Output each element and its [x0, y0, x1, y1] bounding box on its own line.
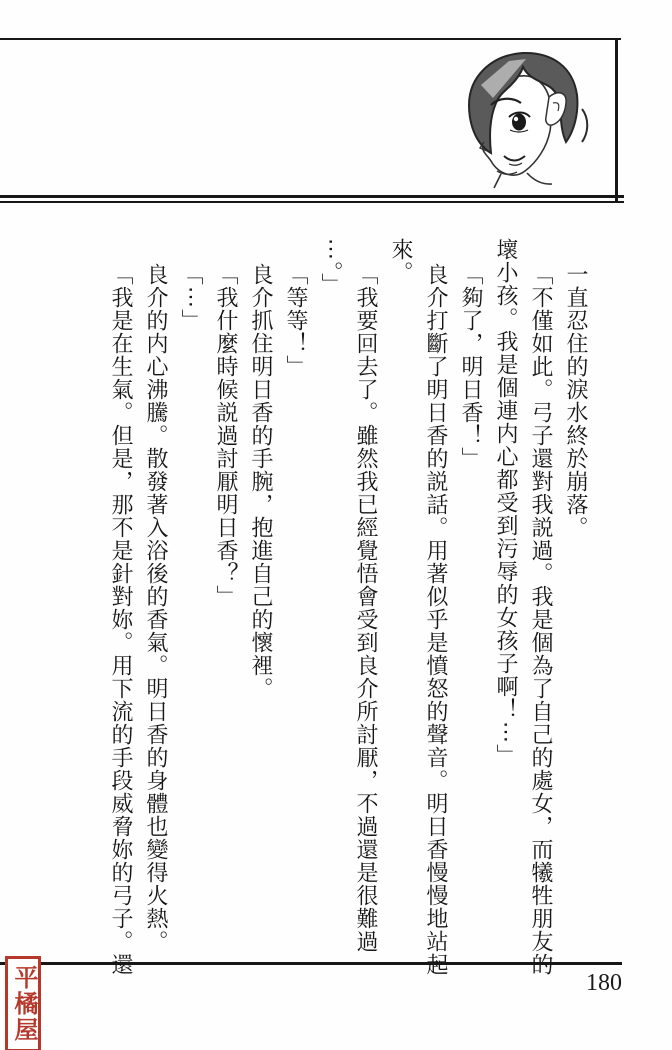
text-column: 「⋯」	[174, 238, 209, 952]
page-number: 180	[578, 970, 630, 997]
text-column: 「我是在生氣。但是，那不是針對妳。用下流的手段威脅妳的弓子。還	[104, 238, 139, 952]
header-rule-bottom-thin	[0, 201, 624, 203]
header-rule-top	[0, 38, 621, 40]
publisher-seal-stamp: 平橘屋	[5, 956, 41, 1050]
text-column: 「不僅如此。弓子還對我説過。我是個為了自己的處女，而犧牲朋友的	[524, 238, 559, 952]
novel-text-block: 一直忍住的淚水終於崩落。 「不僅如此。弓子還對我説過。我是個為了自己的處女，而犧…	[102, 238, 594, 952]
text-column: 壞小孩。我是個連内心都受到污辱的女孩子啊！⋯」	[489, 238, 524, 952]
text-column: 「等等！」	[279, 238, 314, 952]
text-column: ⋯。」	[314, 238, 349, 952]
text-column: 良介抓住明日香的手腕，抱進自己的懷裡。	[244, 238, 279, 952]
text-column: 來。	[384, 238, 419, 952]
header-rule-bottom-thick	[0, 195, 624, 198]
text-column: 「我要回去了。雖然我已經覺悟會受到良介所討厭，不過還是很難過	[349, 238, 384, 952]
text-column: 良介的内心沸騰。散發著入浴後的香氣。明日香的身體也變得火熱。	[139, 238, 174, 952]
character-portrait-illustration	[453, 46, 601, 194]
header-rule-right	[615, 38, 618, 201]
text-column: 「我什麼時候説過討厭明日香？」	[209, 238, 244, 952]
book-page: 一直忍住的淚水終於崩落。 「不僅如此。弓子還對我説過。我是個為了自己的處女，而犧…	[0, 0, 672, 1050]
text-column: 良介打斷了明日香的説話。用著似乎是憤怒的聲音。明日香慢慢地站起	[419, 238, 454, 952]
footer-rule	[0, 962, 622, 965]
text-column: 一直忍住的淚水終於崩落。	[559, 238, 594, 952]
text-column: 「夠了，明日香！」	[454, 238, 489, 952]
